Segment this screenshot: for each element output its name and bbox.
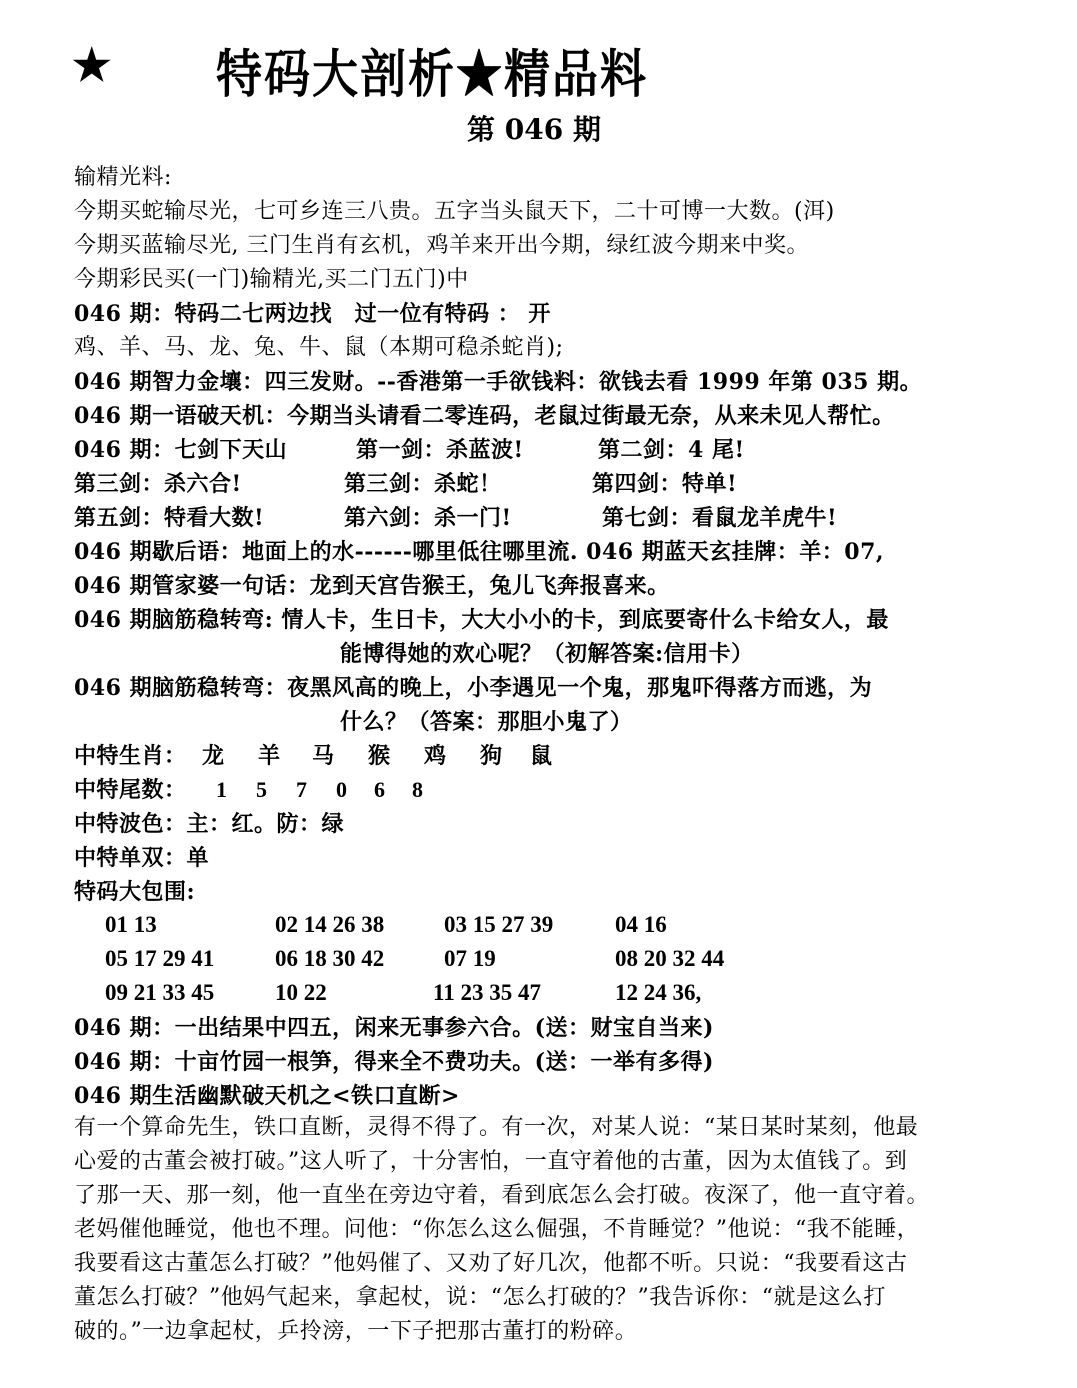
sword-item: 第三剑：杀六合! [74,468,242,500]
wave-row: 中特波色：主：红。防：绿 [74,808,344,840]
riddle-question: 046 期脑筋稳转弯: 情人卡，生日卡，大大小小的卡，到底要寄什么卡给女人，最 [74,604,889,636]
oddeven-label: 中特单双： [74,845,187,871]
bag-group: 06 18 30 42 [275,946,384,972]
riddle-answer: 什么？（答案：那胆小鬼了） [340,706,633,738]
zodiac-item: 狗 [480,740,503,772]
story-line: 破的。”一边拿起杖，乒拎滂，一下子把那古董打的粉碎。 [74,1316,637,1348]
tail-item: 7 [296,774,308,806]
bag-group: 09 21 33 45 [105,980,214,1006]
bag-group: 10 22 [275,980,327,1006]
tip-line: 鸡、羊、马、龙、兔、牛、鼠（本期可稳杀蛇肖); [74,332,564,364]
sword-item: 第四剑：特单! [592,468,737,500]
bag-group: 04 16 [615,912,667,938]
lose-line: 今期彩民买(一门)输精光,买二门五门)中 [74,264,469,296]
zodiac-label: 中特生肖： [74,743,187,769]
tail-item: 8 [412,774,424,806]
sword-item: 第五剑：特看大数! [74,502,264,534]
bag-group: 11 23 35 47 [433,980,541,1006]
bag-group: 01 13 [105,912,157,938]
saying-line: 046 期管家婆一句话：龙到天宫告猴王，兔儿飞奔报喜来。 [74,570,670,602]
bag-group: 03 15 27 39 [444,912,553,938]
sword-item: 第二剑：4 尾! [598,434,745,466]
tail-item: 5 [256,774,268,806]
closing-line: 046 期：十亩竹园一根笋，得来全不费功夫。(送：一举有多得) [74,1046,714,1078]
bag-label: 特码大包围: [74,876,195,908]
riddle-answer: 能博得她的欢心呢？（初解答案:信用卡） [340,638,754,670]
sword-item: 046 期：七剑下天山 [74,434,287,466]
story-line: 我要看这古董怎么打破？”他妈催了、又劝了好几次，他都不听。只说：“我要看这古 [74,1248,908,1280]
story-line: 董怎么打破？”他妈气起来，拿起杖，说：“怎么打破的？”我告诉你：“就是这么打 [74,1282,886,1314]
zodiac-item: 龙 [202,740,225,772]
sword-item: 第一剑：杀蓝波! [356,434,524,466]
closing-line: 046 期生活幽默破天机之<铁口直断> [74,1080,460,1112]
story-line: 了那一天、那一刻，他一直坐在旁边守着，看到底怎么会打破。夜深了，他一直守着。 [74,1180,929,1212]
zodiac-item: 猴 [368,740,391,772]
tail-item: 6 [374,774,386,806]
tail-item: 0 [336,774,348,806]
page-title: 特码大剖析★精品料 [216,34,648,108]
closing-line: 046 期：一出结果中四五，闲来无事参六合。(送：财宝自当来) [74,1012,714,1044]
zodiac-item: 羊 [258,740,281,772]
sword-item: 第六剑：杀一门! [344,502,512,534]
wave-label: 中特波色： [74,811,187,837]
bag-group: 12 24 36, [615,980,701,1006]
oddeven-value: 单 [187,845,210,871]
zodiac-item: 鸡 [424,740,447,772]
story-line: 老妈催他睡觉，他也不理。问他：“你怎么这么倔强，不肯睡觉？”他说：“我不能睡， [74,1214,919,1246]
lose-line: 今期买蛇输尽光，七可乡连三八贵。五字当头鼠天下，二十可博一大数。(洱) [74,196,835,228]
wave-value: 主：红。防：绿 [187,811,345,837]
tip-line: 046 期一语破天机：今期当头请看二零连码，老鼠过街最无奈，从来未见人帮忙。 [74,400,895,432]
tip-line: 046 期：特码二七两边找 过一位有特码 ： 开 [74,298,551,330]
bag-group: 07 19 [444,946,496,972]
tip-line: 046 期智力金壤：四三发财。--香港第一手欲钱料：欲钱去看 1999 年第 0… [74,366,922,398]
zodiac-row: 中特生肖： 龙 羊 马 猴 鸡 狗 鼠 [74,740,187,772]
saying-line: 046 期歇后语：地面上的水------哪里低往哪里流. 046 期蓝天玄挂牌：… [74,536,884,568]
star-icon: ★ [72,40,111,91]
story-line: 有一个算命先生，铁口直断，灵得不得了。有一次，对某人说：“某日某时某刻，他最 [74,1112,918,1144]
zodiac-item: 鼠 [530,740,553,772]
bag-group: 02 14 26 38 [275,912,384,938]
story-line: 心爱的古董会被打破。”这人听了，十分害怕，一直守着他的古董，因为太值钱了。到 [74,1146,907,1178]
oddeven-row: 中特单双：单 [74,842,209,874]
riddle-question: 046 期脑筋稳转弯：夜黑风高的晚上，小李遇见一个鬼，那鬼吓得落方而逃，为 [74,672,872,704]
tail-row: 中特尾数： 1 5 7 0 6 8 [74,774,187,806]
lose-heading: 输精光料: [74,162,172,194]
issue-number: 第 046 期 [467,108,601,148]
tail-label: 中特尾数： [74,777,187,803]
zodiac-item: 马 [312,740,335,772]
bag-group: 08 20 32 44 [615,946,724,972]
tail-item: 1 [216,774,228,806]
lose-line: 今期买蓝输尽光, 三门生肖有玄机，鸡羊来开出今期，绿红波今期来中奖。 [74,230,809,262]
sword-item: 第三剑：杀蛇！ [344,468,502,500]
bag-group: 05 17 29 41 [105,946,214,972]
sword-item: 第七剑：看鼠龙羊虎牛! [602,502,837,534]
